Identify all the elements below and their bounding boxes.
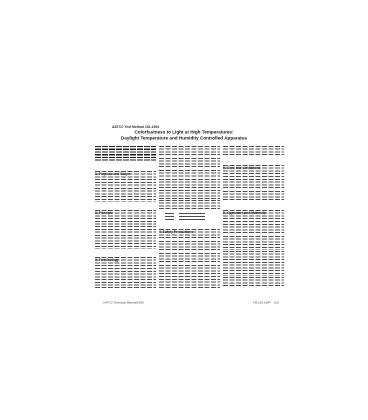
greeked-paragraph — [223, 146, 284, 157]
footer-manual-label: AATCC Technical Manual/1995 — [103, 301, 144, 305]
footer-page-number: 313 — [274, 294, 286, 299]
greeked-paragraph — [95, 271, 156, 290]
section-heading-label: 5. Uses and Limitations — [223, 166, 261, 170]
greeked-paragraph — [159, 200, 220, 211]
greeked-paragraph — [223, 262, 284, 276]
greeked-paragraph — [159, 146, 220, 157]
page-footer: AATCC Technical Manual/1995 TM 181-1994 … — [0, 294, 368, 300]
section-heading-label: 4. Safety Precautions — [159, 230, 193, 234]
section-heading: 1. Purpose and Scope — [95, 166, 156, 170]
section-heading: 5. Uses and Limitations — [223, 160, 284, 164]
table-cell — [179, 216, 205, 217]
section-heading-label: 2. Principle — [95, 211, 113, 215]
table-cell — [165, 213, 174, 214]
greeked-paragraph — [159, 190, 220, 198]
greeked-paragraph — [95, 188, 156, 202]
greeked-paragraph — [159, 265, 220, 279]
text-columns: 1. Purpose and Scope2. Principle3. Termi… — [95, 146, 284, 294]
greeked-paragraph — [95, 235, 156, 249]
greeked-paragraph — [223, 236, 284, 250]
greeked-paragraph — [159, 179, 220, 190]
column-2: 4. Safety Precautions — [159, 146, 220, 294]
document-title: Colorfastness to Light at High Temperatu… — [0, 129, 368, 141]
table-cell — [165, 216, 174, 217]
greeked-paragraph — [223, 224, 284, 235]
greeked-paragraph — [159, 279, 220, 290]
section-heading: 3. Terminology — [95, 252, 156, 256]
section-heading: 4. Safety Precautions — [159, 224, 220, 228]
column-3: 5. Uses and Limitations6. Apparatus and … — [223, 146, 284, 294]
section-heading-label: 3. Terminology — [95, 258, 119, 262]
table-cell — [179, 213, 205, 214]
reference-table — [159, 211, 220, 221]
greeked-paragraph — [95, 146, 156, 162]
greeked-paragraph — [159, 158, 220, 169]
greeked-paragraph — [159, 253, 220, 264]
section-heading-label: 1. Purpose and Scope — [95, 172, 130, 176]
footer-manual: AATCC Technical Manual/1995 — [103, 294, 200, 299]
table-row — [165, 218, 220, 221]
method-header: AATCC Test Method 181-1994 — [112, 119, 224, 124]
column-1: 1. Purpose and Scope2. Principle3. Termi… — [95, 146, 156, 294]
document-page: AATCC Test Method 181-1994 Colorfastness… — [0, 0, 368, 420]
greeked-paragraph — [159, 170, 220, 178]
greeked-paragraph — [159, 241, 220, 252]
greeked-paragraph — [223, 277, 284, 288]
table-cell — [179, 219, 205, 220]
greeked-paragraph — [223, 179, 284, 190]
greeked-paragraph — [223, 191, 284, 202]
section-heading: 2. Principle — [95, 205, 156, 209]
footer-method-label: TM 181-1994 — [253, 301, 270, 305]
footer-page-number-label: 313 — [274, 301, 279, 305]
greeked-paragraph — [223, 251, 284, 262]
section-heading: 6. Apparatus and Materials — [223, 205, 284, 209]
table-cell — [165, 219, 174, 220]
section-heading-label: 6. Apparatus and Materials — [223, 211, 266, 215]
title-line-2: Daylight Temperature and Humidity Contro… — [0, 135, 368, 141]
